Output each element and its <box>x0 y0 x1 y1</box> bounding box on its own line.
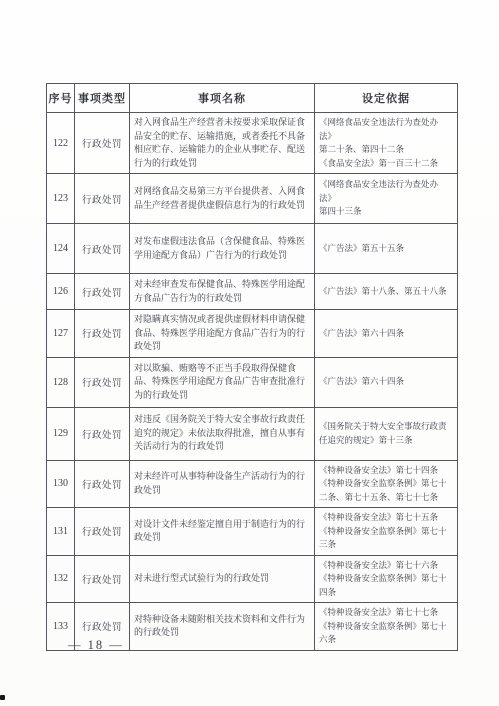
cell-item-name: 对隐瞒真实情况或者提供虚假材料申请保健食品、特殊医学用途配方食品广告行为的行政处… <box>130 310 315 358</box>
cell-legal-basis: 《网络食品安全违法行为查处办法》 第二十条、第四十二条 《食品安全法》第一百三十… <box>315 113 458 174</box>
cell-serial-number: 128 <box>47 357 75 407</box>
cell-serial-number: 124 <box>47 224 75 274</box>
table-row: 128 行政处罚 对以欺骗、贿赂等不正当手段取得保健食品、特殊医学用途配方食品广… <box>47 357 458 407</box>
table-row: 132 行政处罚 对未进行型式试验行为的行政处罚 《特种设备安全法》第七十六条 … <box>47 555 458 603</box>
penalty-items-table: 序号 事项类型 事项名称 设定依据 122 行政处罚 对入网食品生产经营者未按要… <box>46 83 458 651</box>
document-page: 序号 事项类型 事项名称 设定依据 122 行政处罚 对入网食品生产经营者未按要… <box>0 0 499 706</box>
cell-legal-basis: 《网络食品安全违法行为查处办法》 第四十三条 <box>315 174 458 224</box>
ink-dot-mark <box>0 695 5 700</box>
column-header-item-name: 事项名称 <box>130 84 315 113</box>
page-number: — 18 — <box>68 638 124 653</box>
cell-serial-number: 122 <box>47 113 75 174</box>
table-body: 122 行政处罚 对入网食品生产经营者未按要求采取保证食品安全的贮存、运输措施，… <box>47 113 458 651</box>
table-header-row: 序号 事项类型 事项名称 设定依据 <box>47 84 458 113</box>
table-row: 129 行政处罚 对违反《国务院关于特大安全事故行政责任追究的规定》未依法取得批… <box>47 407 458 460</box>
table-row: 123 行政处罚 对网络食品交易第三方平台提供者、入网食品生产经营者提供虚假信息… <box>47 174 458 224</box>
cell-item-type: 行政处罚 <box>75 508 130 556</box>
cell-serial-number: 130 <box>47 460 75 508</box>
cell-legal-basis: 《广告法》第六十四条 <box>315 310 458 358</box>
cell-item-type: 行政处罚 <box>75 555 130 603</box>
cell-serial-number: 132 <box>47 555 75 603</box>
cell-item-name: 对网络食品交易第三方平台提供者、入网食品生产经营者提供虚假信息行为的行政处罚 <box>130 174 315 224</box>
cell-serial-number: 131 <box>47 508 75 556</box>
cell-item-type: 行政处罚 <box>75 174 130 224</box>
cell-item-name: 对未进行型式试验行为的行政处罚 <box>130 555 315 603</box>
cell-item-name: 对以欺骗、贿赂等不正当手段取得保健食品、特殊医学用途配方食品广告审查批准行为的行… <box>130 357 315 407</box>
cell-legal-basis: 《广告法》第十八条、第五十八条 <box>315 274 458 310</box>
cell-serial-number: 127 <box>47 310 75 358</box>
cell-item-name: 对未经审查发布保健食品、特殊医学用途配方食品广告行为的行政处罚 <box>130 274 315 310</box>
cell-item-type: 行政处罚 <box>75 224 130 274</box>
cell-item-type: 行政处罚 <box>75 113 130 174</box>
cell-serial-number: 126 <box>47 274 75 310</box>
cell-item-type: 行政处罚 <box>75 310 130 358</box>
column-header-serial-number: 序号 <box>47 84 75 113</box>
cell-item-name: 对未经许可从事特种设备生产活动行为的行政处罚 <box>130 460 315 508</box>
cell-item-type: 行政处罚 <box>75 407 130 460</box>
table-row: 130 行政处罚 对未经许可从事特种设备生产活动行为的行政处罚 《特种设备安全法… <box>47 460 458 508</box>
cell-item-type: 行政处罚 <box>75 357 130 407</box>
cell-item-name: 对入网食品生产经营者未按要求采取保证食品安全的贮存、运输措施，或者委托不具备相应… <box>130 113 315 174</box>
cell-item-name: 对发布虚假违法食品（含保健食品、特殊医学用途配方食品）广告行为的行政处罚 <box>130 224 315 274</box>
cell-legal-basis: 《特种设备安全法》第七十五条 《特种设备安全监察条例》第七十三条 <box>315 508 458 556</box>
cell-item-type: 行政处罚 <box>75 274 130 310</box>
column-header-item-type: 事项类型 <box>75 84 130 113</box>
cell-legal-basis: 《国务院关于特大安全事故行政责任追究的规定》第十三条 <box>315 407 458 460</box>
table-row: 126 行政处罚 对未经审查发布保健食品、特殊医学用途配方食品广告行为的行政处罚… <box>47 274 458 310</box>
table-row: 122 行政处罚 对入网食品生产经营者未按要求采取保证食品安全的贮存、运输措施，… <box>47 113 458 174</box>
cell-item-name: 对违反《国务院关于特大安全事故行政责任追究的规定》未依法取得批准，擅自从事有关活… <box>130 407 315 460</box>
cell-serial-number: 123 <box>47 174 75 224</box>
column-header-legal-basis: 设定依据 <box>315 84 458 113</box>
cell-legal-basis: 《广告法》第六十四条 <box>315 357 458 407</box>
table-row: 127 行政处罚 对隐瞒真实情况或者提供虚假材料申请保健食品、特殊医学用途配方食… <box>47 310 458 358</box>
cell-item-name: 对设计文件未经鉴定擅自用于制造行为的行政处罚 <box>130 508 315 556</box>
cell-serial-number: 129 <box>47 407 75 460</box>
cell-legal-basis: 《广告法》第五十五条 <box>315 224 458 274</box>
cell-item-name: 对特种设备未随附相关技术资料和文件行为的行政处罚 <box>130 603 315 651</box>
table-row: 131 行政处罚 对设计文件未经鉴定擅自用于制造行为的行政处罚 《特种设备安全法… <box>47 508 458 556</box>
cell-legal-basis: 《特种设备安全法》第七十四条 《特种设备安全监察条例》第七十二条、第七十五条、第… <box>315 460 458 508</box>
cell-legal-basis: 《特种设备安全法》第七十六条 《特种设备安全监察条例》第七十四条 <box>315 555 458 603</box>
cell-item-type: 行政处罚 <box>75 460 130 508</box>
cell-legal-basis: 《特种设备安全法》第七十七条 《特种设备安全监察条例》第七十六条 <box>315 603 458 651</box>
table-row: 124 行政处罚 对发布虚假违法食品（含保健食品、特殊医学用途配方食品）广告行为… <box>47 224 458 274</box>
